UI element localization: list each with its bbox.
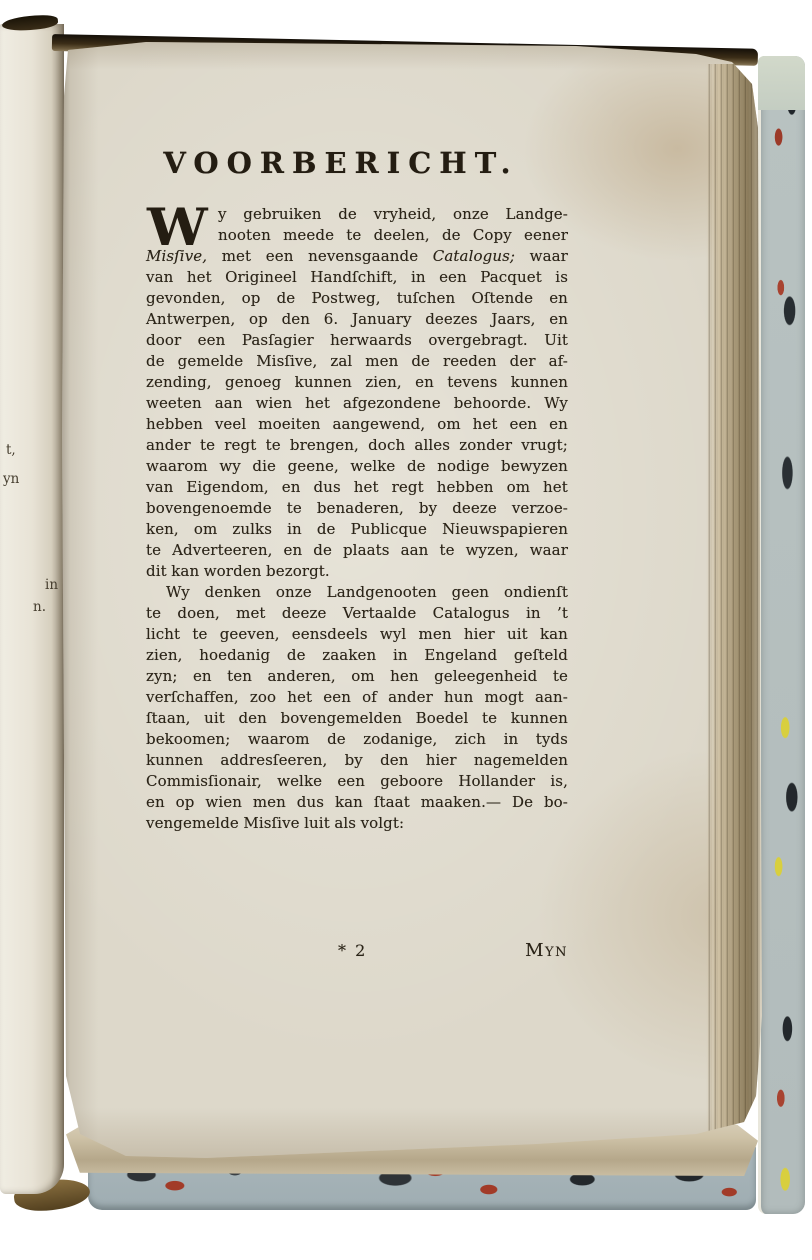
body-line: lichttegeeven,eensdeelswylmenhieruitkan bbox=[146, 625, 568, 646]
body-line: gevonden,opdePostweg,tuſchenOſtendeen bbox=[146, 289, 568, 310]
body-line: zyn;entenanderen,omhengeleegenheidte bbox=[146, 667, 568, 688]
body-line: Antwerpen,opden6.JanuarydeezesJaars,en bbox=[146, 310, 568, 331]
body-line: kunnenaddresſeeren,bydenhiernagemelden bbox=[146, 751, 568, 772]
page-fragment-text: n. bbox=[33, 600, 46, 614]
body-line: weetenaanwienhetafgezondenebehoorde.Wy bbox=[146, 394, 568, 415]
body-line: bovengenoemdetebenaderen,bydeezeverzoe- bbox=[146, 499, 568, 520]
signature-mark: * 2 bbox=[338, 941, 367, 960]
body-line: vengemeldeMisſiveluitalsvolgt: bbox=[146, 814, 568, 835]
body-line: hebbenveelmoeitenaangewend,omheteenen bbox=[146, 415, 568, 436]
body-line: waaromwydiegeene,welkedenodigebewyzen bbox=[146, 457, 568, 478]
previous-page-edge: t,yninn. bbox=[0, 24, 64, 1194]
body-line: ſtaan,uitdenbovengemeldenBoedeltekunnen bbox=[146, 709, 568, 730]
page-footer: * 2 Myn bbox=[146, 940, 568, 961]
body-line: ditkanwordenbezorgt. bbox=[146, 562, 568, 583]
body-line: vanEigendom,endushetregthebbenomhet bbox=[146, 478, 568, 499]
body-line: verſchaffen,zooheteenofanderhunmogtaan- bbox=[146, 688, 568, 709]
body-line: degemeldeMisſive,zalmendereedenderaf- bbox=[146, 352, 568, 373]
body-line: tedoen,metdeezeVertaaldeCatalogusin’t bbox=[146, 604, 568, 625]
body-line: ken,omzulksindePublicqueNieuwspapieren bbox=[146, 520, 568, 541]
book-photograph: t,yninn. VOORBERICHT. W ygebruikendevryh… bbox=[0, 0, 812, 1260]
body-line: nootenmeedetedeelen,deCopyeener bbox=[146, 226, 568, 247]
body-line: vanhetOrigineelHandſchift,ineenPacquetis bbox=[146, 268, 568, 289]
body-line: Commisſionair,welkeeengebooreHollanderis… bbox=[146, 772, 568, 793]
page-fragment-text: t, bbox=[6, 443, 16, 457]
body-line: zien,hoedanigdezaakeninEngelandgeſteld bbox=[146, 646, 568, 667]
fore-edge-page-stack bbox=[706, 64, 760, 1144]
body-line: zending,genoegkunnenzien,entevenskunnen bbox=[146, 373, 568, 394]
body-line: WydenkenonzeLandgenootengeenondienſt bbox=[146, 583, 568, 604]
page-title: VOORBERICHT. bbox=[130, 146, 552, 180]
body-line: anderteregttebrengen,dochalleszondervrug… bbox=[146, 436, 568, 457]
body-line: enopwienmenduskanſtaatmaaken.—Debo- bbox=[146, 793, 568, 814]
body-text: ygebruikendevryheid,onzeLandge-nootenmee… bbox=[146, 205, 568, 835]
body-line: dooreenPasſagierherwaardsovergebragt.Uit bbox=[146, 331, 568, 352]
drop-cap-initial: W bbox=[147, 205, 208, 249]
page-fragment-text: yn bbox=[3, 472, 19, 486]
body-line: teAdverteeren,endeplaatsaantewyzen,waar bbox=[146, 541, 568, 562]
body-line: ygebruikendevryheid,onzeLandge- bbox=[146, 205, 568, 226]
body-line: Misſive,meteennevensgaandeCatalogus;waar bbox=[146, 247, 568, 268]
catchword: Myn bbox=[525, 940, 568, 961]
page-fragment-text: in bbox=[45, 578, 58, 592]
marbled-endpaper-right bbox=[758, 56, 805, 1214]
body-line: bekoomen;waaromdezodanige,zichintyds bbox=[146, 730, 568, 751]
